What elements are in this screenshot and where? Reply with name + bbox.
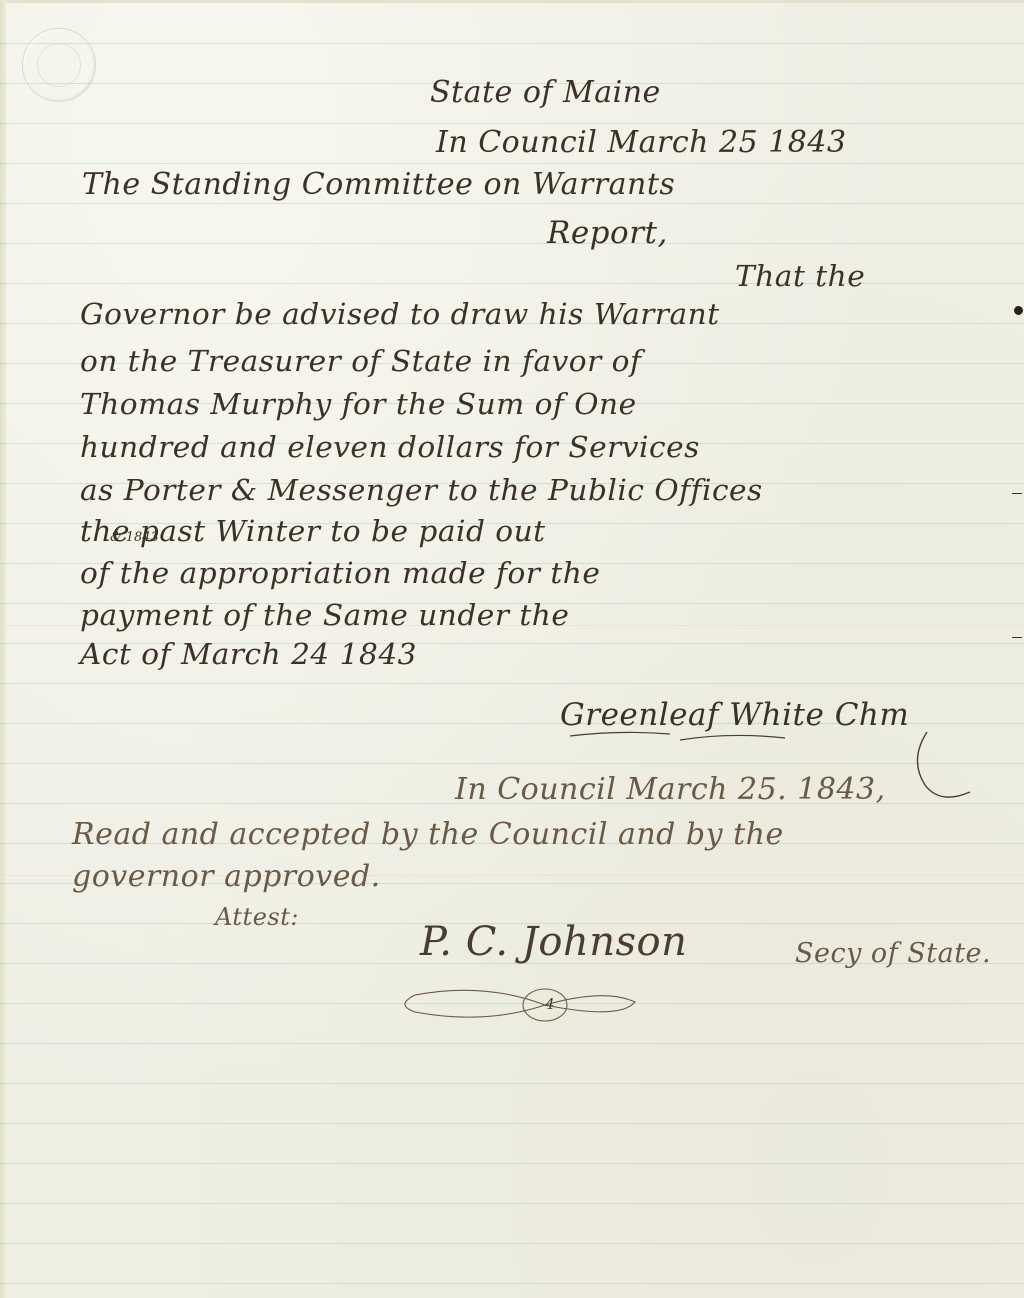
body-line: Thomas Murphy for the Sum of One	[80, 390, 637, 419]
body-line: hundred and eleven dollars for Services	[80, 433, 700, 462]
rule-line	[0, 43, 1024, 44]
committee-name: The Standing Committee on Warrants	[82, 170, 675, 200]
rule-line	[0, 243, 1024, 244]
approval-text-line: Read and accepted by the Council and by …	[72, 820, 784, 850]
body-line: of the appropriation made for the	[80, 559, 600, 588]
chair-signature: Greenleaf White Chm	[560, 700, 909, 731]
rule-line	[0, 1083, 1024, 1084]
rule-line	[0, 1243, 1024, 1244]
body-line: That the	[735, 262, 865, 291]
report-label: Report,	[547, 218, 668, 249]
approval-text-line: governor approved.	[72, 862, 381, 892]
margin-mark	[1012, 637, 1022, 638]
rule-line	[0, 1283, 1024, 1284]
embossed-seal-inner	[37, 43, 81, 87]
heading-council-date: In Council March 25 1843	[436, 128, 847, 158]
heading-state: State of Maine	[430, 78, 661, 108]
body-line: Act of March 24 1843	[80, 640, 417, 669]
signature-underline-flourish	[560, 728, 800, 748]
interlineation: & 1843	[110, 530, 159, 545]
body-line: payment of the Same under the	[80, 601, 569, 630]
body-line: Governor be advised to draw his Warrant	[80, 300, 720, 329]
rule-line	[0, 1123, 1024, 1124]
rule-line	[0, 1043, 1024, 1044]
document-page: State of Maine In Council March 25 1843 …	[0, 0, 1024, 1298]
paraph-flourish-icon	[395, 980, 640, 1030]
rule-line	[0, 1163, 1024, 1164]
secretary-signature: P. C. Johnson	[420, 922, 687, 962]
rule-line	[0, 203, 1024, 204]
secretary-title: Secy of State.	[795, 940, 991, 967]
approval-date: In Council March 25. 1843,	[455, 775, 886, 805]
embossed-seal-icon	[22, 28, 96, 102]
paper-top-edge	[0, 0, 1024, 3]
rule-line	[0, 283, 1024, 284]
brace-flourish	[905, 730, 975, 810]
rule-line	[0, 1203, 1024, 1204]
rule-line	[0, 763, 1024, 764]
rule-line	[0, 683, 1024, 684]
rule-line	[0, 123, 1024, 124]
body-line: as Porter & Messenger to the Public Offi…	[80, 476, 763, 505]
rule-line	[0, 163, 1024, 164]
paraph-number: 4	[545, 995, 555, 1013]
paper-left-edge	[0, 0, 6, 1298]
body-line: on the Treasurer of State in favor of	[80, 347, 641, 376]
ink-blot	[1014, 306, 1023, 315]
margin-mark	[1012, 493, 1022, 494]
attest-label: Attest:	[215, 905, 299, 929]
